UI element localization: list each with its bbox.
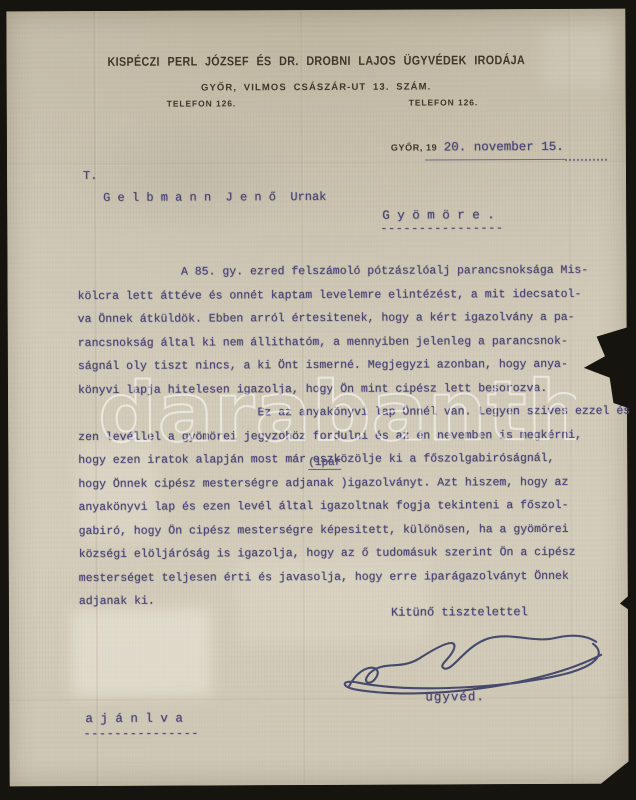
letterhead-telefon-right: TELEFON 126. bbox=[409, 97, 478, 107]
closing-role: ügyvéd. bbox=[425, 690, 485, 704]
letterhead-telefon-left: TELEFON 126. bbox=[167, 98, 236, 108]
bleach-patch bbox=[71, 608, 211, 697]
scanned-letter-page: KISPÉCZI PERL JÓZSEF ÉS DR. DROBNI LAJOS… bbox=[6, 9, 628, 787]
letterhead-address: GYŐR, VILMOS CSÁSZÁR-UT 13. SZÁM. bbox=[7, 81, 626, 95]
screenshot-root: { "letterhead": { "line1": "KISPÉCZI PER… bbox=[0, 0, 636, 800]
addressee-name: G e l b m a n n J e n ő Urnak bbox=[103, 190, 326, 205]
dateline-printed: GYŐR, 19 bbox=[391, 142, 437, 152]
body-paragraph-2: Ez az anyakönyvi lap Önnél van. Legyen s… bbox=[78, 400, 624, 614]
body-paragraph-1: A 85. gy. ezred felszámoló pótzászlóalj … bbox=[77, 259, 623, 402]
letterhead-firm-name: KISPÉCZI PERL JÓZSEF ÉS DR. DROBNI LAJOS… bbox=[7, 53, 626, 70]
addressee-salutation: T. bbox=[83, 169, 97, 183]
interline-insertion-ipar: (ipar bbox=[308, 457, 341, 470]
footer-ajanlva: a j á n l v a bbox=[85, 712, 183, 726]
footer-ajanlva-underline: --------------- bbox=[83, 727, 199, 742]
dateline: GYŐR, 19 20. november 15. bbox=[391, 137, 564, 156]
date-underline-dotted bbox=[565, 159, 607, 161]
bleed-through-ghost bbox=[67, 110, 308, 241]
dateline-typed: 20. november 15. bbox=[444, 140, 564, 155]
addressee-place-underline: ---------------- bbox=[380, 221, 503, 236]
letterhead-firm-name-text: KISPÉCZI PERL JÓZSEF ÉS DR. DROBNI LAJOS… bbox=[107, 53, 525, 69]
